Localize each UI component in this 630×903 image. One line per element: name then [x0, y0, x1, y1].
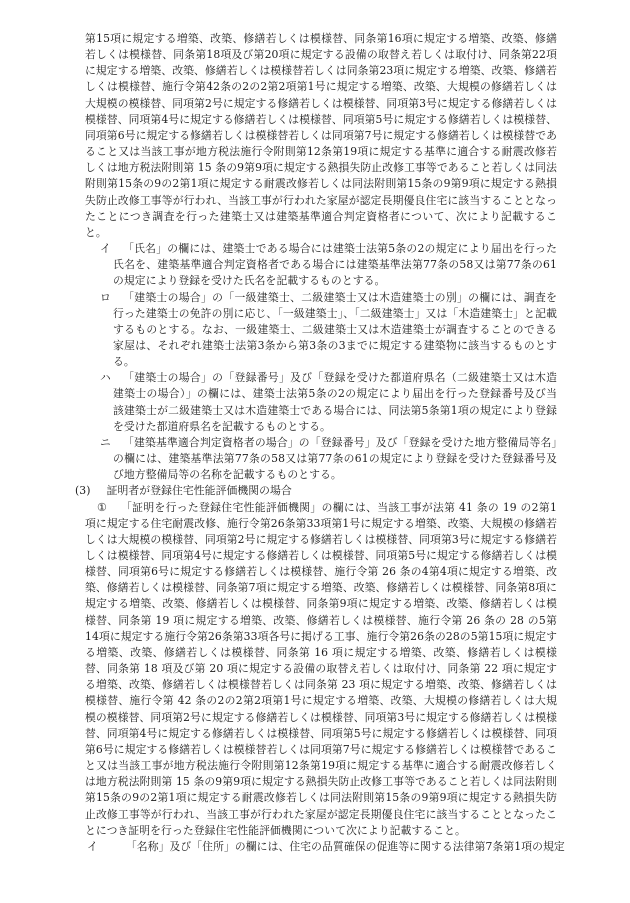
item-marker-i-trailing: イ [87, 840, 98, 853]
item-marker-i: イ [100, 242, 111, 255]
item-text: 「氏名」の欄には、建築士である場合には建築士法第5条の2の規定により届出を行った… [113, 242, 557, 287]
item-ni-shikakusha: ニ「建築基準適合判定資格者の場合」の「登録番号」及び「登録を受けた地方整備局等名… [85, 435, 557, 483]
item-marker-ha: ハ [100, 371, 111, 384]
item-text: 「建築士の場合」の「登録番号」及び「登録を受けた都道府県名（二級建築士又は木造建… [113, 371, 557, 432]
item-text: 「建築基準適合判定資格者の場合」の「登録番号」及び「登録を受けた地方整備局等名」… [113, 436, 557, 481]
section-3-marker: (3) [75, 484, 91, 497]
item-text: 「証明を行った登録住宅性能評価機関」の欄には、当該工事が法第 41 条の 19 … [85, 501, 557, 837]
item-ro-kenchikushi-betsu: ロ「建築士の場合」の「一級建築士、二級建築士又は木造建築士の別」の欄には、調査を… [85, 290, 557, 371]
item-i-meishou-juusho: イ「名称」及び「住所」の欄には、住宅の品質確保の促進等に関する法律第7条第1項の… [87, 839, 557, 855]
item-marker-circled-1: ① [97, 501, 107, 514]
section-3-title: 証明者が登録住宅性能評価機関の場合 [107, 484, 292, 497]
item-circled-1: ①「証明を行った登録住宅性能評価機関」の欄には、当該工事が法第 41 条の 19… [85, 500, 557, 839]
document-page: 第15項に規定する増築、改築、修繕若しくは模様替、同条第16項に規定する増築、改… [0, 0, 630, 903]
item-i-shimei: イ「氏名」の欄には、建築士である場合には建築士法第5条の2の規定により届出を行っ… [85, 241, 557, 289]
item-marker-ni: ニ [100, 436, 111, 449]
intro-paragraph: 第15項に規定する増築、改築、修繕若しくは模様替、同条第16項に規定する増築、改… [85, 31, 557, 241]
item-text: 「名称」及び「住所」の欄には、住宅の品質確保の促進等に関する法律第7条第1項の規… [126, 840, 565, 853]
section-3-heading: (3)証明者が登録住宅性能評価機関の場合 [75, 483, 557, 499]
item-text: 「建築士の場合」の「一級建築士、二級建築士又は木造建築士の別」の欄には、調査を行… [113, 291, 557, 369]
item-marker-ro: ロ [100, 291, 111, 304]
item-ha-tourokubangou: ハ「建築士の場合」の「登録番号」及び「登録を受けた都道府県名（二級建築士又は木造… [85, 370, 557, 435]
